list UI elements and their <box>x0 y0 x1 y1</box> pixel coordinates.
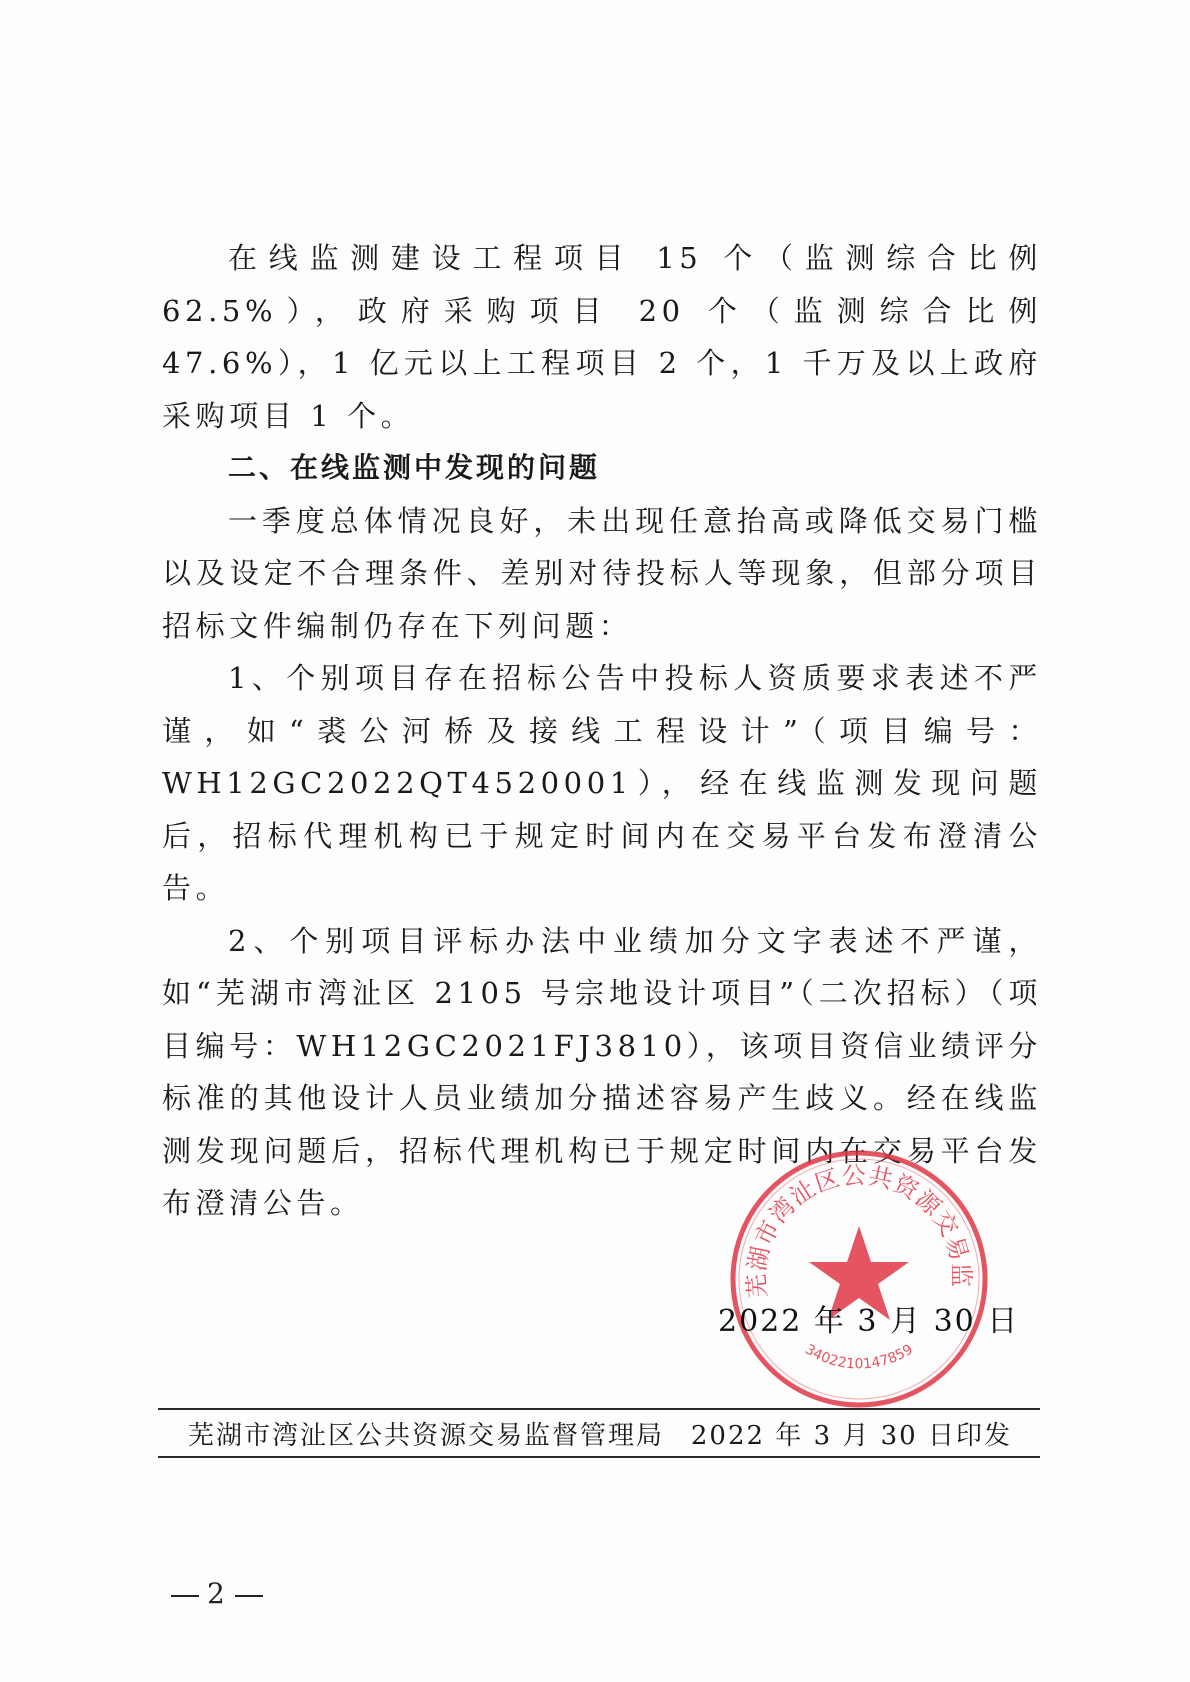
footer-issue-date: 2022 年 3 月 30 日印发 <box>691 1415 1012 1452</box>
dash-right <box>235 1595 263 1597</box>
official-seal-icon: 芜湖市湾沚区公共资源交易监督管理局 3402210147859 <box>728 1148 990 1410</box>
footer-issuer: 芜湖市湾沚区公共资源交易监督管理局 <box>188 1415 664 1452</box>
paragraph-monitoring-stats: 在线监测建设工程项目 15 个（监测综合比例 62.5%），政府采购项目 20 … <box>162 232 1042 442</box>
page-number-value: 2 <box>207 1577 227 1610</box>
paragraph-overall-situation: 一季度总体情况良好，未出现任意抬高或降低交易门槛以及设定不合理条件、差别对待投标… <box>162 495 1042 653</box>
signature-date: 2022 年 3 月 30 日 <box>718 1296 1019 1340</box>
issuance-footer: 芜湖市湾沚区公共资源交易监督管理局 2022 年 3 月 30 日印发 <box>158 1408 1040 1458</box>
paragraph-issue-1: 1、个别项目存在招标公告中投标人资质要求表述不严谨，如“裘公河桥及接线工程设计”… <box>162 652 1042 915</box>
document-page: 在线监测建设工程项目 15 个（监测综合比例 62.5%），政府采购项目 20 … <box>0 0 1190 1682</box>
dash-left <box>171 1595 199 1597</box>
section-heading-problems: 二、在线监测中发现的问题 <box>162 442 1042 495</box>
page-number: 2 <box>163 1577 271 1610</box>
svg-text:3402210147859: 3402210147859 <box>802 1342 916 1373</box>
document-body: 在线监测建设工程项目 15 个（监测综合比例 62.5%），政府采购项目 20 … <box>162 232 1042 1230</box>
